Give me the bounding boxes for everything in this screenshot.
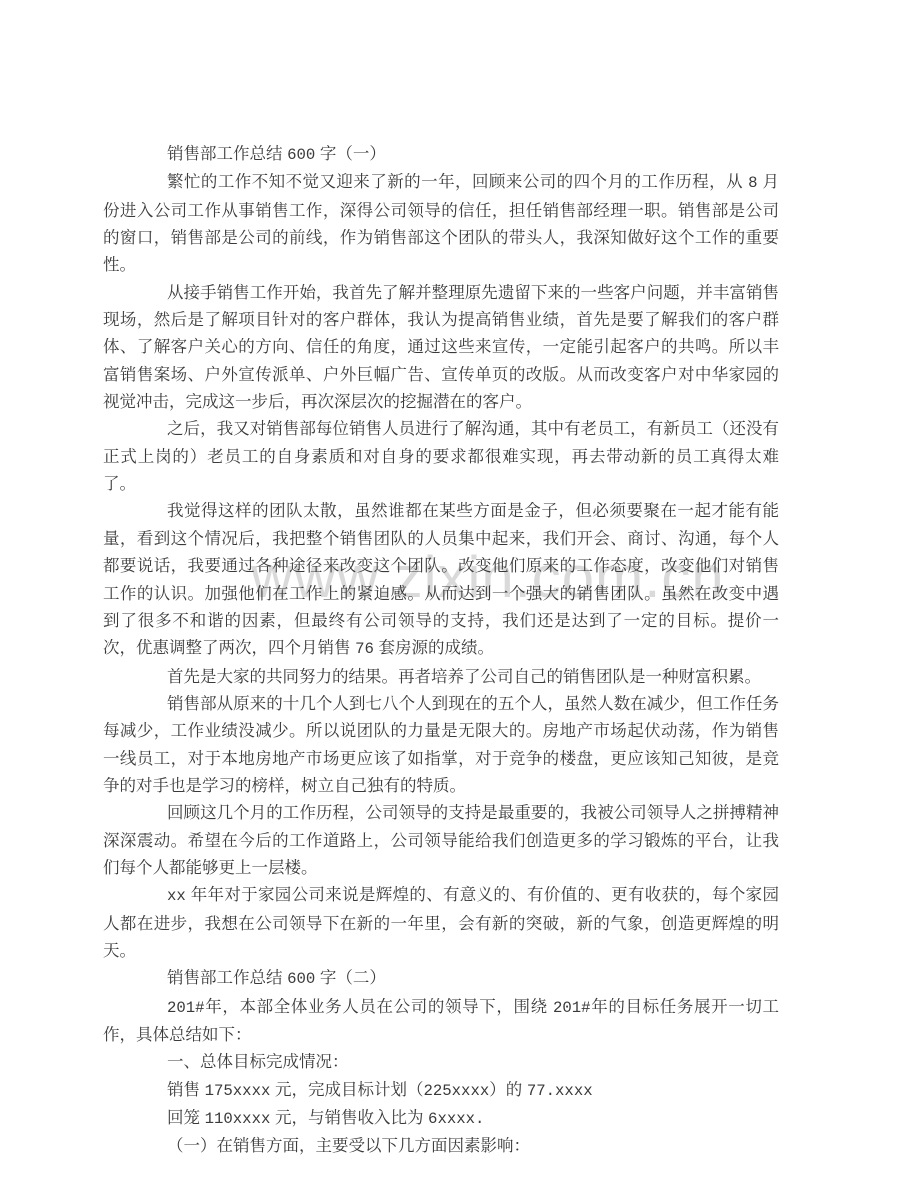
paragraph: 我觉得这样的团队太散，虽然谁都在某些方面是金子，但必须要聚在一起才能有能量，看到…	[103, 498, 779, 663]
latin-text: 6xxxx.	[428, 1110, 484, 1128]
latin-text: 110xxxx	[205, 1110, 271, 1128]
paragraph: 销售部从原来的十几个人到七八个人到现在的五个人，虽然人数在减少，但工作任务每减少…	[103, 691, 779, 800]
paragraph: 回顾这几个月的工作历程，公司领导的支持是最重要的，我被公司领导人之拼搏精神深深震…	[103, 800, 779, 882]
paragraph: 销售 175xxxx 元，完成目标计划（225xxxx）的 77.xxxx	[103, 1077, 779, 1105]
paragraph: 销售部工作总结 600 字（二）	[103, 965, 779, 993]
document-body: 销售部工作总结 600 字（一）繁忙的工作不知不觉又迎来了新的一年，回顾来公司的…	[103, 141, 779, 1161]
latin-text: 8	[748, 174, 757, 192]
document-page: www.zixin.com.cn 销售部工作总结 600 字（一）繁忙的工作不知…	[0, 0, 920, 1191]
paragraph: 回笼 110xxxx 元，与销售收入比为 6xxxx.	[103, 1105, 779, 1133]
latin-text: xx	[167, 887, 186, 905]
paragraph: 销售部工作总结 600 字（一）	[103, 141, 779, 169]
latin-text: 201#	[553, 999, 591, 1017]
latin-text: 175xxxx	[205, 1082, 271, 1100]
paragraph: 一、总体目标完成情况：	[103, 1049, 779, 1076]
paragraphs-container: 销售部工作总结 600 字（一）繁忙的工作不知不觉又迎来了新的一年，回顾来公司的…	[103, 141, 779, 1161]
paragraph: 201#年，本部全体业务人员在公司的领导下，围绕 201#年的目标任务展开一切工…	[103, 994, 779, 1050]
latin-text: 600	[287, 970, 315, 988]
paragraph: 繁忙的工作不知不觉又迎来了新的一年，回顾来公司的四个月的工作历程，从 8 月份进…	[103, 169, 779, 279]
latin-text: 77.xxxx	[527, 1082, 593, 1100]
paragraph: 之后，我又对销售部每位销售人员进行了解沟通，其中有老员工，有新员工（还没有正式上…	[103, 416, 779, 498]
latin-text: 600	[287, 146, 315, 164]
paragraph: 从接手销售工作开始，我首先了解并整理原先遗留下来的一些客户问题，并丰富销售现场，…	[103, 280, 779, 417]
paragraph: （一）在销售方面，主要受以下几方面因素影响：	[103, 1133, 779, 1160]
paragraph: 首先是大家的共同努力的结果。再者培养了公司自己的销售团队是一种财富积累。	[103, 664, 779, 691]
latin-text: 225xxxx	[423, 1082, 489, 1100]
latin-text: 76	[355, 640, 374, 658]
latin-text: 201#	[167, 999, 205, 1017]
paragraph: xx 年年对于家园公司来说是辉煌的、有意义的、有价值的、更有收获的，每个家园人都…	[103, 882, 779, 965]
